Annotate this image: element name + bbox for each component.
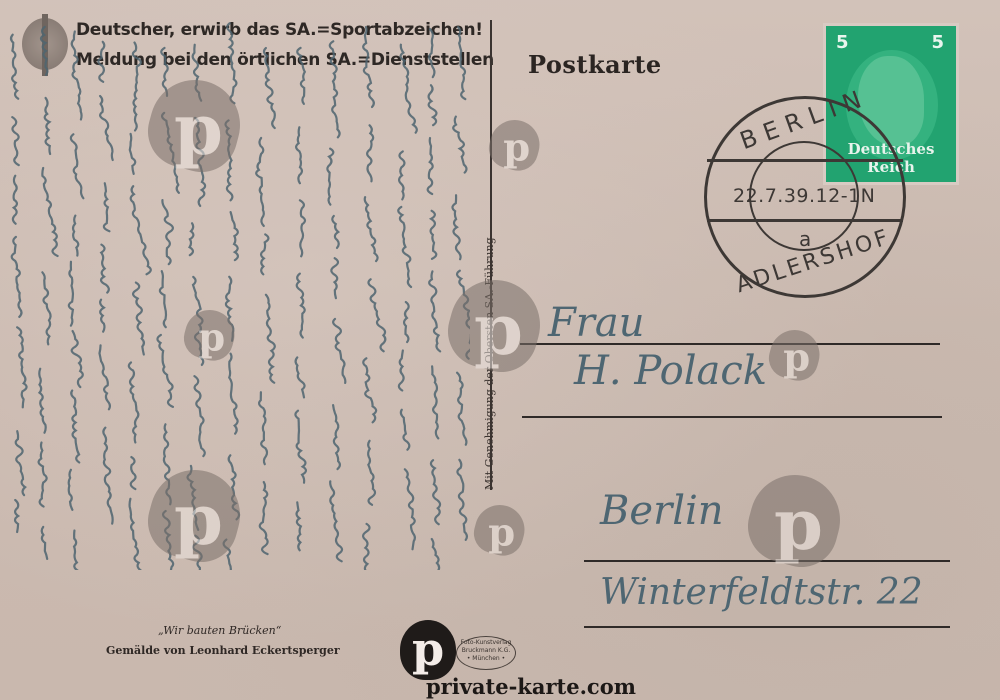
- brand-logo-icon: p: [400, 620, 456, 680]
- publisher-line: Foto-Kunstverlag: [457, 639, 515, 647]
- publisher-line: Bruckmann K.G.: [457, 647, 515, 655]
- postmark-code: a: [799, 227, 811, 251]
- address-salutation: Frau: [548, 300, 644, 346]
- address-line: [584, 626, 950, 628]
- brand-url[interactable]: private-karte.com: [426, 674, 636, 699]
- postmark: BERLIN 22.7.39.12-1N a ADLERSHOF: [704, 96, 906, 298]
- publisher-line: • München •: [457, 655, 515, 663]
- stamp-value-left: 5: [836, 32, 849, 53]
- postmark-date: 22.7.39.12-1N: [733, 185, 875, 207]
- address-city: Berlin: [600, 488, 724, 534]
- painting-title: „Wir bauten Brücken“: [158, 624, 281, 637]
- handwritten-message: [0, 0, 470, 570]
- address-street: Winterfeldtstr. 22: [600, 572, 923, 613]
- address-line: [522, 416, 942, 418]
- postmark-bar: [707, 219, 903, 222]
- address-name: H. Polack: [574, 348, 767, 394]
- postkarte-title: Postkarte: [528, 50, 662, 79]
- stamp-value-right: 5: [931, 32, 944, 53]
- postmark-bar: [707, 159, 903, 162]
- publisher-stamp: Foto-Kunstverlag Bruckmann K.G. • Münche…: [456, 636, 516, 670]
- painting-artist: Gemälde von Leonhard Eckertsperger: [106, 644, 340, 657]
- postcard: Deutscher, erwirb das SA.=Sportabzeichen…: [0, 0, 1000, 700]
- address-line: [584, 560, 950, 562]
